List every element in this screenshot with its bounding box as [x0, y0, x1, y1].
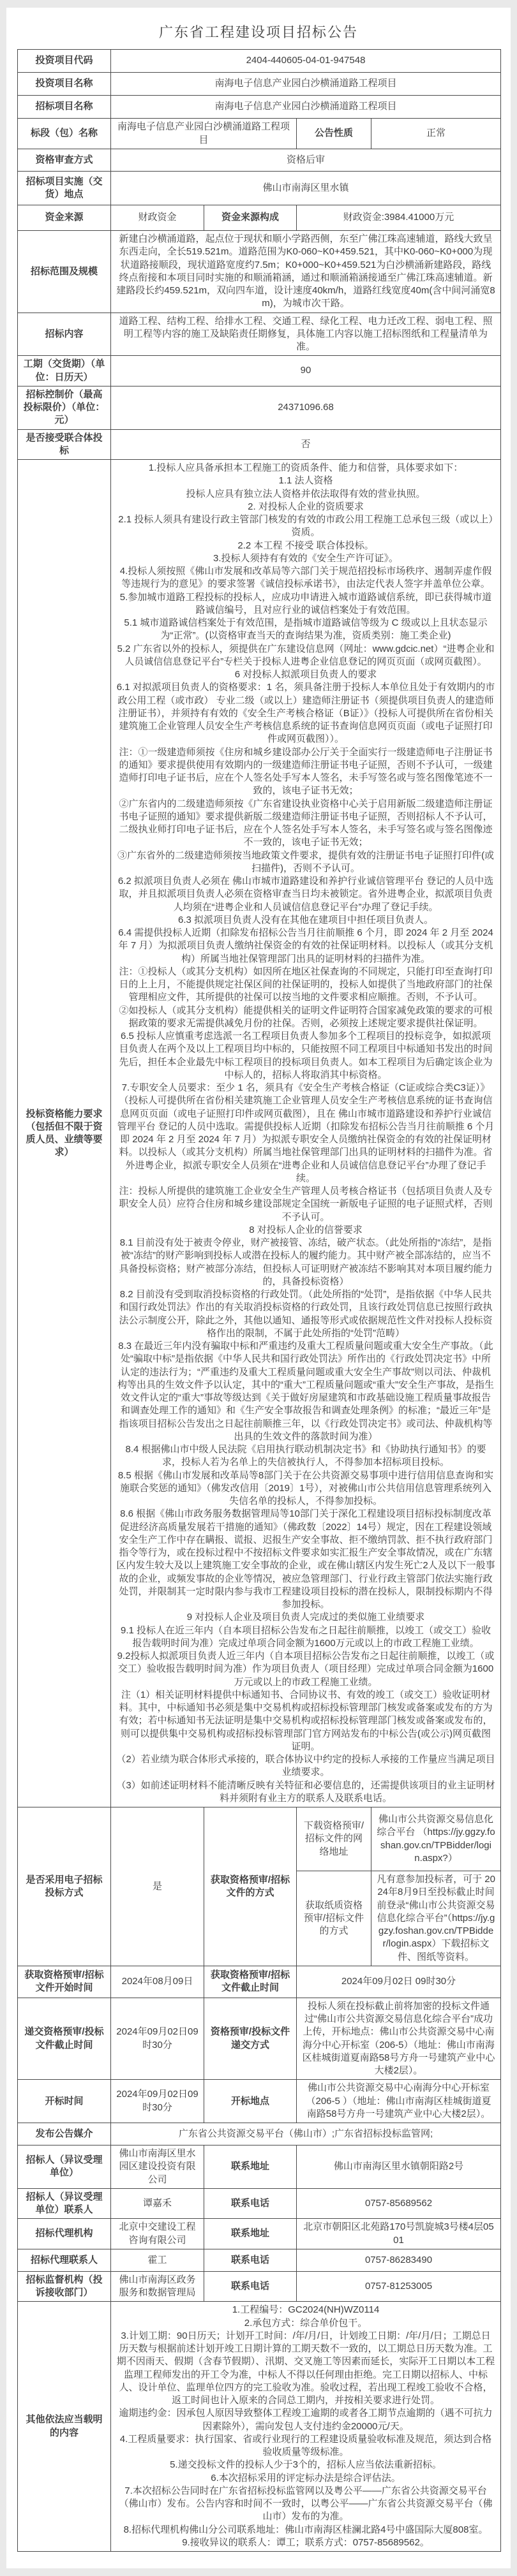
label-supervisor-tel: 联系电话	[204, 2271, 297, 2302]
row-other-content: 其他依法应当载明的内容 1.工程编号：GC2024(NH)WZ0114 2.承包…	[18, 2302, 501, 2552]
label-e-bidding: 是否采用电子招标投标方式	[18, 1807, 111, 1966]
value-tenderer: 佛山市南海区里水园区建设投资有限公司	[111, 2145, 204, 2189]
row-investment-name: 投资项目名称 南海电子信息产业园白沙横涌道路工程项目	[18, 73, 501, 96]
row-investment-code: 投资项目代码 2404-440605-04-01-947548	[18, 50, 501, 73]
value-agency: 北京中交建设工程咨询有限公司	[111, 2219, 204, 2249]
label-qualification-requirements: 投标资格能力要求（包括但不限于资质人员、业绩等要求）	[18, 460, 111, 1807]
label-tenderer-contact: 招标人（异议受理单位）联系人	[18, 2188, 111, 2219]
value-media: 广东省公共资源交易平台（佛山市）;广东省招标投标监管网;	[111, 2123, 501, 2145]
row-duration: 工期（交货期）（单位：日历天） 90	[18, 356, 501, 386]
value-qualification-review: 资格后审	[111, 149, 501, 172]
value-supervisor: 佛山市南海区政务服务和数据管理局	[111, 2271, 204, 2302]
value-notice-nature: 正常	[371, 119, 501, 149]
row-qualification-review: 资格审查方式 资格后审	[18, 149, 501, 172]
label-tenderer: 招标人（异议受理单位）	[18, 2145, 111, 2189]
value-funding: 财政资金	[111, 205, 204, 231]
value-obtain-end: 2024年09月02日 09时30分	[297, 1966, 501, 1998]
value-tenderer-contact: 谭嘉禾	[111, 2188, 204, 2219]
label-paper-method: 获取纸质资格预审/招标文件的方式	[297, 1871, 371, 1966]
label-submit-method: 资格预审/投标文件递交方式	[204, 1998, 297, 2080]
label-supervisor: 招标监督机构（投诉接收部门）	[18, 2271, 111, 2302]
label-scope: 招标范围及规模	[18, 231, 111, 313]
label-opening-time: 开标时间	[18, 2080, 111, 2123]
row-qualification-requirements: 投标资格能力要求（包括但不限于资质人员、业绩等要求） 1.投标人应具备承担本工程…	[18, 460, 501, 1807]
row-tenderer: 招标人（异议受理单位） 佛山市南海区里水园区建设投资有限公司 联系地址 佛山市南…	[18, 2145, 501, 2189]
label-funding-composition: 资金来源构成	[204, 205, 297, 231]
value-agency-address: 北京市朝阳区北苑路170号凯旋城3号楼4层0501	[297, 2219, 501, 2249]
row-e-bidding-download: 是否采用电子招标投标方式 是 获取资格预审/招标文件的方式 下载资格预审/招标文…	[18, 1807, 501, 1871]
announcement-card: 广东省工程建设项目招标公告 投资项目代码 2404-440605-04-01-9…	[6, 8, 511, 2568]
value-control-price: 24371096.68	[111, 386, 501, 429]
value-opening-time: 2024年09月02日09时30分	[111, 2080, 204, 2123]
value-tenderer-address: 佛山市南海区里水镇朝阳路2号	[297, 2145, 501, 2189]
label-control-price: 招标控制价（最高投标限价）（单位：元）	[18, 386, 111, 429]
label-other-content: 其他依法应当载明的内容	[18, 2302, 111, 2552]
row-tender-name: 招标项目名称 南海电子信息产业园白沙横涌道路工程项目	[18, 96, 501, 119]
label-agency: 招标代理机构	[18, 2219, 111, 2249]
row-opening: 开标时间 2024年09月02日09时30分 开标地点 佛山市公共资源交易中心南…	[18, 2080, 501, 2123]
label-media: 发布公告媒介	[18, 2123, 111, 2145]
label-investment-name: 投资项目名称	[18, 73, 111, 96]
value-e-bidding: 是	[111, 1807, 204, 1966]
row-agency-contact: 招标代理联系人 霍工 联系电话 0757-86283490	[18, 2249, 501, 2271]
value-duration: 90	[111, 356, 501, 386]
value-investment-name: 南海电子信息产业园白沙横涌道路工程项目	[111, 73, 501, 96]
label-tender-name: 招标项目名称	[18, 96, 111, 119]
label-obtain-method: 获取资格预审/招标文件的方式	[204, 1807, 297, 1966]
value-agency-contact: 霍工	[111, 2249, 204, 2271]
value-opening-place: 佛山市公共资源交易中心南海分中心开标室（206-5 ）（地址：佛山市南海区桂城街…	[297, 2080, 501, 2123]
page-title: 广东省工程建设项目招标公告	[6, 8, 511, 49]
label-funding: 资金来源	[18, 205, 111, 231]
value-submit-deadline: 2024年09月02日09时30分	[111, 1998, 204, 2080]
row-section: 标段（包）名称 南海电子信息产业园白沙横涌道路工程项目 公告性质 正常	[18, 119, 501, 149]
label-opening-place: 开标地点	[204, 2080, 297, 2123]
label-obtain-start: 获取资格预审/招标文件开始时间	[18, 1966, 111, 1998]
value-scope: 新建白沙横涌道路，起点位于现状和顺小学路西侧，东至广佛江珠高速辅道，路线大致呈东…	[111, 231, 501, 313]
row-submit-deadline: 递交资格预审/投标文件截止时间 2024年09月02日09时30分 资格预审/投…	[18, 1998, 501, 2080]
row-location: 招标项目实施（交货）地点 佛山市南海区里水镇	[18, 172, 501, 205]
value-other-content: 1.工程编号：GC2024(NH)WZ0114 2.承包方式：综合单价包干。 3…	[111, 2302, 501, 2552]
value-location: 佛山市南海区里水镇	[111, 172, 501, 205]
value-paper-method: 凡有意参加投标者，可于 2024年8月9日至投标截止时间前登录“佛山市公共资源交…	[371, 1871, 501, 1966]
value-obtain-start: 2024年08月09日	[111, 1966, 204, 1998]
row-funding: 资金来源 财政资金 资金来源构成 财政资金:3984.41000万元	[18, 205, 501, 231]
label-submit-deadline: 递交资格预审/投标文件截止时间	[18, 1998, 111, 2080]
value-section: 南海电子信息产业园白沙横涌道路工程项目	[111, 119, 297, 149]
row-supervisor: 招标监督机构（投诉接收部门） 佛山市南海区政务服务和数据管理局 联系电话 075…	[18, 2271, 501, 2302]
label-consortium: 是否接受联合体投标	[18, 429, 111, 460]
value-consortium: 否	[111, 429, 501, 460]
value-tenderer-tel: 0757-85689562	[297, 2188, 501, 2219]
row-tenderer-contact: 招标人（异议受理单位）联系人 谭嘉禾 联系电话 0757-85689562	[18, 2188, 501, 2219]
row-agency: 招标代理机构 北京中交建设工程咨询有限公司 联系地址 北京市朝阳区北苑路170号…	[18, 2219, 501, 2249]
label-qualification-review: 资格审查方式	[18, 149, 111, 172]
label-investment-code: 投资项目代码	[18, 50, 111, 73]
label-notice-nature: 公告性质	[297, 119, 371, 149]
label-agency-contact: 招标代理联系人	[18, 2249, 111, 2271]
value-qualification-requirements: 1.投标人应具备承担本工程施工的资质条件、能力和信誉，具体要求如下： 1.1 法…	[111, 460, 501, 1807]
label-duration: 工期（交货期）（单位：日历天）	[18, 356, 111, 386]
label-tenderer-address: 联系地址	[204, 2145, 297, 2189]
value-content: 道路工程、结构工程、给排水工程、交通工程、绿化工程、电力迁改工程、弱电工程、照明…	[111, 313, 501, 356]
label-agency-address: 联系地址	[204, 2219, 297, 2249]
label-content: 招标内容	[18, 313, 111, 356]
tender-announcement-table: 投资项目代码 2404-440605-04-01-947548 投资项目名称 南…	[17, 49, 501, 2552]
value-agency-tel: 0757-86283490	[297, 2249, 501, 2271]
value-tender-name: 南海电子信息产业园白沙横涌道路工程项目	[111, 96, 501, 119]
label-agency-tel: 联系电话	[204, 2249, 297, 2271]
row-content: 招标内容 道路工程、结构工程、给排水工程、交通工程、绿化工程、电力迁改工程、弱电…	[18, 313, 501, 356]
value-investment-code: 2404-440605-04-01-947548	[111, 50, 501, 73]
row-consortium: 是否接受联合体投标 否	[18, 429, 501, 460]
label-section: 标段（包）名称	[18, 119, 111, 149]
label-location: 招标项目实施（交货）地点	[18, 172, 111, 205]
value-download-address: 佛山市公共资源交易信息化综合平台 （https://jy.ggzy.foshan…	[371, 1807, 501, 1871]
label-download-address: 下载资格预审/招标文件的网络地址	[297, 1807, 371, 1871]
value-submit-method: 投标人须在投标截止前将加密的投标文件通过“佛山市公共资源交易信息化综合平台”成功…	[297, 1998, 501, 2080]
label-tenderer-tel: 联系电话	[204, 2188, 297, 2219]
label-obtain-end: 获取资格预审/招标文件截止时间	[204, 1966, 297, 1998]
row-obtain-time: 获取资格预审/招标文件开始时间 2024年08月09日 获取资格预审/招标文件截…	[18, 1966, 501, 1998]
value-funding-composition: 财政资金:3984.41000万元	[297, 205, 501, 231]
row-media: 发布公告媒介 广东省公共资源交易平台（佛山市）;广东省招标投标监管网;	[18, 2123, 501, 2145]
row-scope: 招标范围及规模 新建白沙横涌道路，起点位于现状和顺小学路西侧，东至广佛江珠高速辅…	[18, 231, 501, 313]
value-supervisor-tel: 0757-81253005	[297, 2271, 501, 2302]
row-control-price: 招标控制价（最高投标限价）（单位：元） 24371096.68	[18, 386, 501, 429]
